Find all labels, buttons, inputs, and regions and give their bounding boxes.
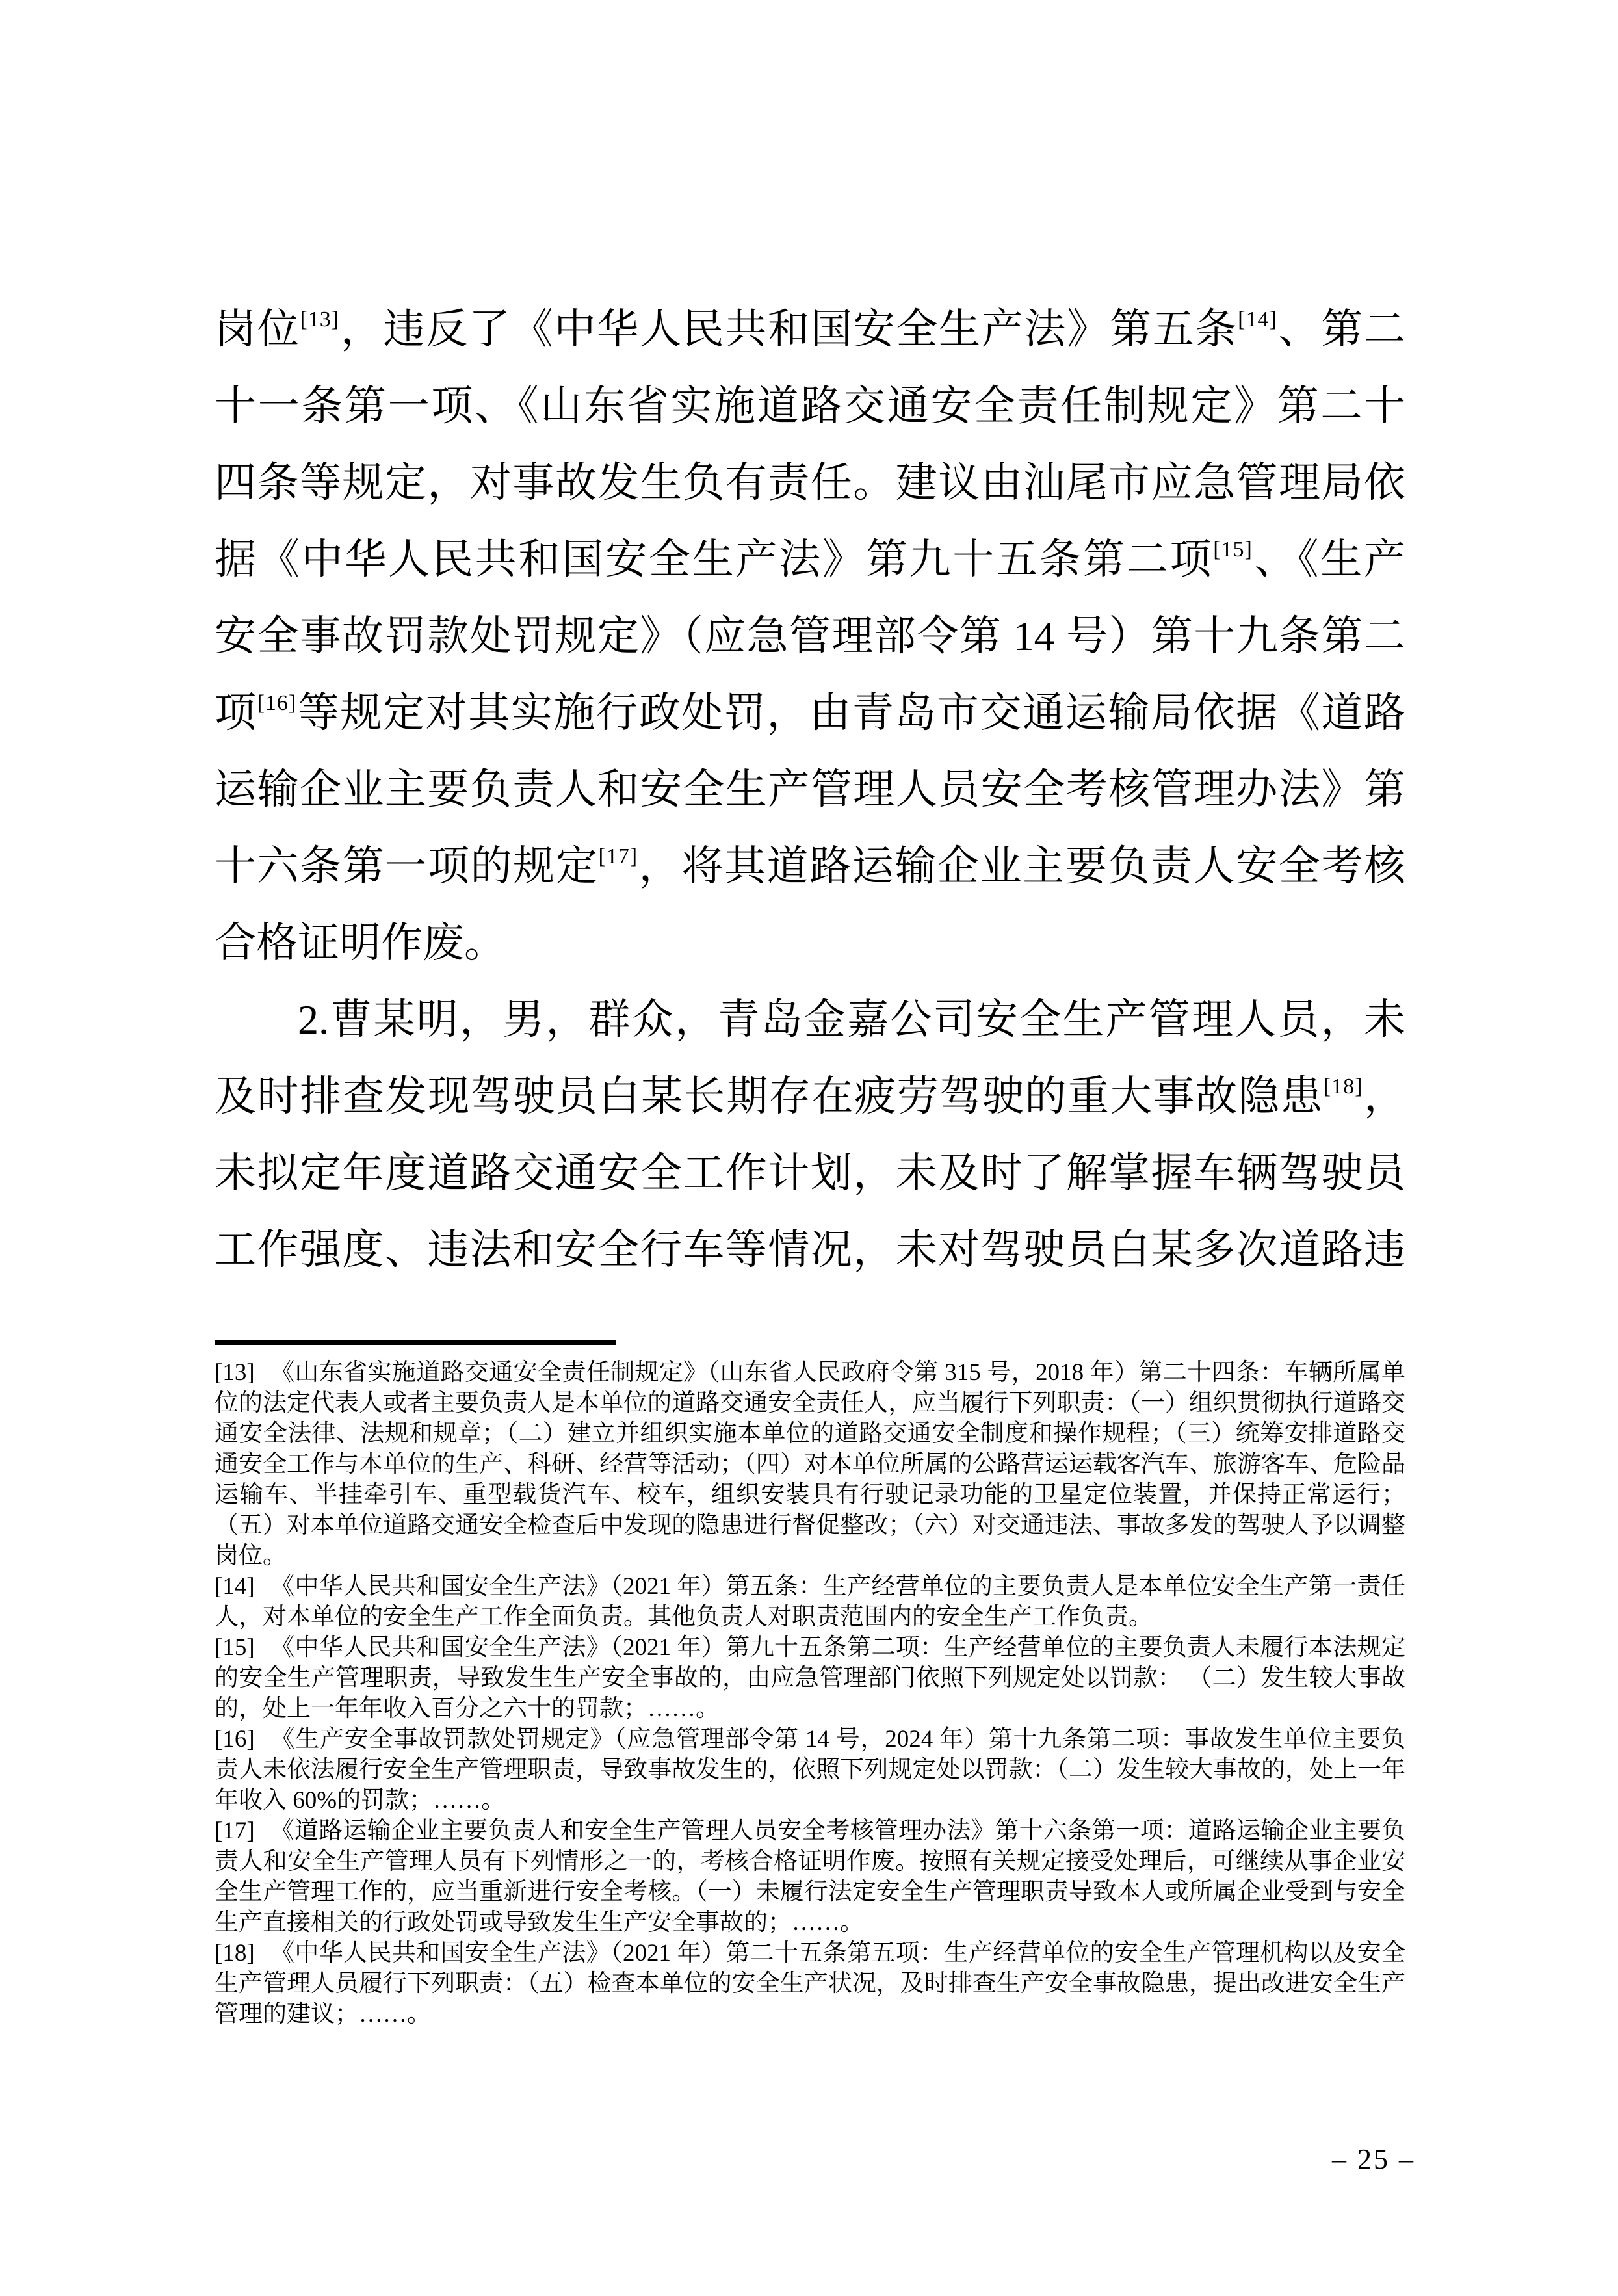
footnote: [18]《中华人民共和国安全生产法》（2021 年）第二十五条第五项：生产经营单… [215, 1938, 1405, 2029]
footnote: [16]《生产安全事故罚款处罚规定》（应急管理部令第 14 号，2024 年）第… [215, 1724, 1405, 1816]
body-text-segment: 2.曹某明，男，群众，青岛金嘉公司安全生产管理人员，未 [298, 997, 1405, 1043]
body-line: 合格证明作废。 [215, 905, 1405, 982]
body-line: 工作强度、违法和安全行车等情况，未对驾驶员白某多次道路违 [215, 1212, 1405, 1288]
body-text-segment: 及时排查发现驾驶员白某长期存在疲劳驾驶的重大事故隐患 [215, 1073, 1324, 1119]
footnote-separator [215, 1340, 616, 1345]
footnote-marker: [15] [215, 1634, 255, 1661]
footnote-text: 《山东省实施道路交通安全责任制规定》（山东省人民政府令第 315 号，2018 … [215, 1359, 1405, 1569]
body-line: 据《中华人民共和国安全生产法》第九十五条第二项[15]、《生产 [215, 521, 1405, 598]
body-text-segment: 运输企业主要负责人和安全生产管理人员安全考核管理办法》第 [215, 766, 1405, 813]
footnote-text: 《中华人民共和国安全生产法》（2021 年）第九十五条第二项：生产经营单位的主要… [215, 1634, 1405, 1722]
body-text-segment: 合格证明作废。 [215, 920, 506, 966]
footnote-marker: [14] [215, 1573, 255, 1600]
footnote-text: 《中华人民共和国安全生产法》（2021 年）第五条：生产经营单位的主要负责人是本… [215, 1573, 1405, 1630]
body-text-segment: 未拟定年度道路交通安全工作计划，未及时了解掌握车辆驾驶员 [215, 1150, 1405, 1196]
footnote: [17]《道路运输企业主要负责人和安全生产管理人员安全考核管理办法》第十六条第一… [215, 1816, 1405, 1938]
footnote-text: 《生产安全事故罚款处罚规定》（应急管理部令第 14 号，2024 年）第十九条第… [215, 1726, 1405, 1814]
body-text-segment: 十六条第一项的规定 [215, 843, 598, 889]
footnote-ref: [17] [598, 844, 638, 868]
body-text-segment: ， [1363, 1073, 1405, 1119]
body-line: 安全事故罚款处罚规定》（应急管理部令第 14 号）第十九条第二 [215, 598, 1405, 675]
footnote: [14]《中华人民共和国安全生产法》（2021 年）第五条：生产经营单位的主要负… [215, 1571, 1405, 1632]
footnote-ref: [15] [1213, 538, 1253, 562]
footnote-marker: [17] [215, 1818, 255, 1844]
footnote-ref: [16] [257, 691, 297, 715]
body-text-segment: ，将其道路运输企业主要负责人安全考核 [638, 843, 1405, 889]
page-number: – 25 – [1332, 2143, 1415, 2176]
footnote-ref: [13] [300, 307, 339, 332]
body-line: 十六条第一项的规定[17]，将其道路运输企业主要负责人安全考核 [215, 828, 1405, 905]
footnote-ref: [14] [1238, 307, 1277, 332]
footnote-marker: [13] [215, 1359, 255, 1386]
body-line: 岗位[13]，违反了《中华人民共和国安全生产法》第五条[14]、第二 [215, 291, 1405, 368]
body-text-segment: 岗位 [215, 306, 300, 352]
body-text-segment: 、第二 [1277, 306, 1405, 352]
body-text-segment: 等规定对其实施行政处罚，由青岛市交通运输局依据《道路 [296, 690, 1405, 736]
footnote: [13]《山东省实施道路交通安全责任制规定》（山东省人民政府令第 315 号，2… [215, 1357, 1405, 1571]
body-line: 未拟定年度道路交通安全工作计划，未及时了解掌握车辆驾驶员 [215, 1135, 1405, 1212]
body-line: 及时排查发现驾驶员白某长期存在疲劳驾驶的重大事故隐患[18]， [215, 1058, 1405, 1135]
body-line: 四条等规定，对事故发生负有责任。建议由汕尾市应急管理局依 [215, 445, 1405, 521]
body-text-segment: 四条等规定，对事故发生负有责任。建议由汕尾市应急管理局依 [215, 460, 1405, 506]
body-text-segment: ，违反了《中华人民共和国安全生产法》第五条 [339, 306, 1238, 352]
footnote-marker: [18] [215, 1940, 255, 1966]
footnotes-section: [13]《山东省实施道路交通安全责任制规定》（山东省人民政府令第 315 号，2… [215, 1357, 1405, 2029]
body-text-segment: 、《生产 [1253, 536, 1405, 582]
body-line: 2.曹某明，男，群众，青岛金嘉公司安全生产管理人员，未 [215, 982, 1405, 1058]
body-text-segment: 据《中华人民共和国安全生产法》第九十五条第二项 [215, 536, 1213, 582]
footnote: [15]《中华人民共和国安全生产法》（2021 年）第九十五条第二项：生产经营单… [215, 1632, 1405, 1724]
footnote-marker: [16] [215, 1726, 255, 1753]
body-text-segment: 项 [215, 690, 257, 736]
footnote-text: 《中华人民共和国安全生产法》（2021 年）第二十五条第五项：生产经营单位的安全… [215, 1940, 1405, 2028]
body-text: 岗位[13]，违反了《中华人民共和国安全生产法》第五条[14]、第二十一条第一项… [215, 291, 1405, 1288]
body-text-segment: 十一条第一项、《山东省实施道路交通安全责任制规定》第二十 [215, 383, 1405, 429]
body-line: 项[16]等规定对其实施行政处罚，由青岛市交通运输局依据《道路 [215, 675, 1405, 751]
body-text-segment: 工作强度、违法和安全行车等情况，未对驾驶员白某多次道路违 [215, 1227, 1405, 1273]
body-text-segment: 安全事故罚款处罚规定》（应急管理部令第 14 号）第十九条第二 [215, 613, 1405, 659]
document-page: 岗位[13]，违反了《中华人民共和国安全生产法》第五条[14]、第二十一条第一项… [0, 0, 1618, 2296]
body-line: 运输企业主要负责人和安全生产管理人员安全考核管理办法》第 [215, 751, 1405, 828]
body-line: 十一条第一项、《山东省实施道路交通安全责任制规定》第二十 [215, 368, 1405, 445]
footnote-ref: [18] [1324, 1075, 1363, 1099]
footnote-text: 《道路运输企业主要负责人和安全生产管理人员安全考核管理办法》第十六条第一项：道路… [215, 1818, 1405, 1936]
